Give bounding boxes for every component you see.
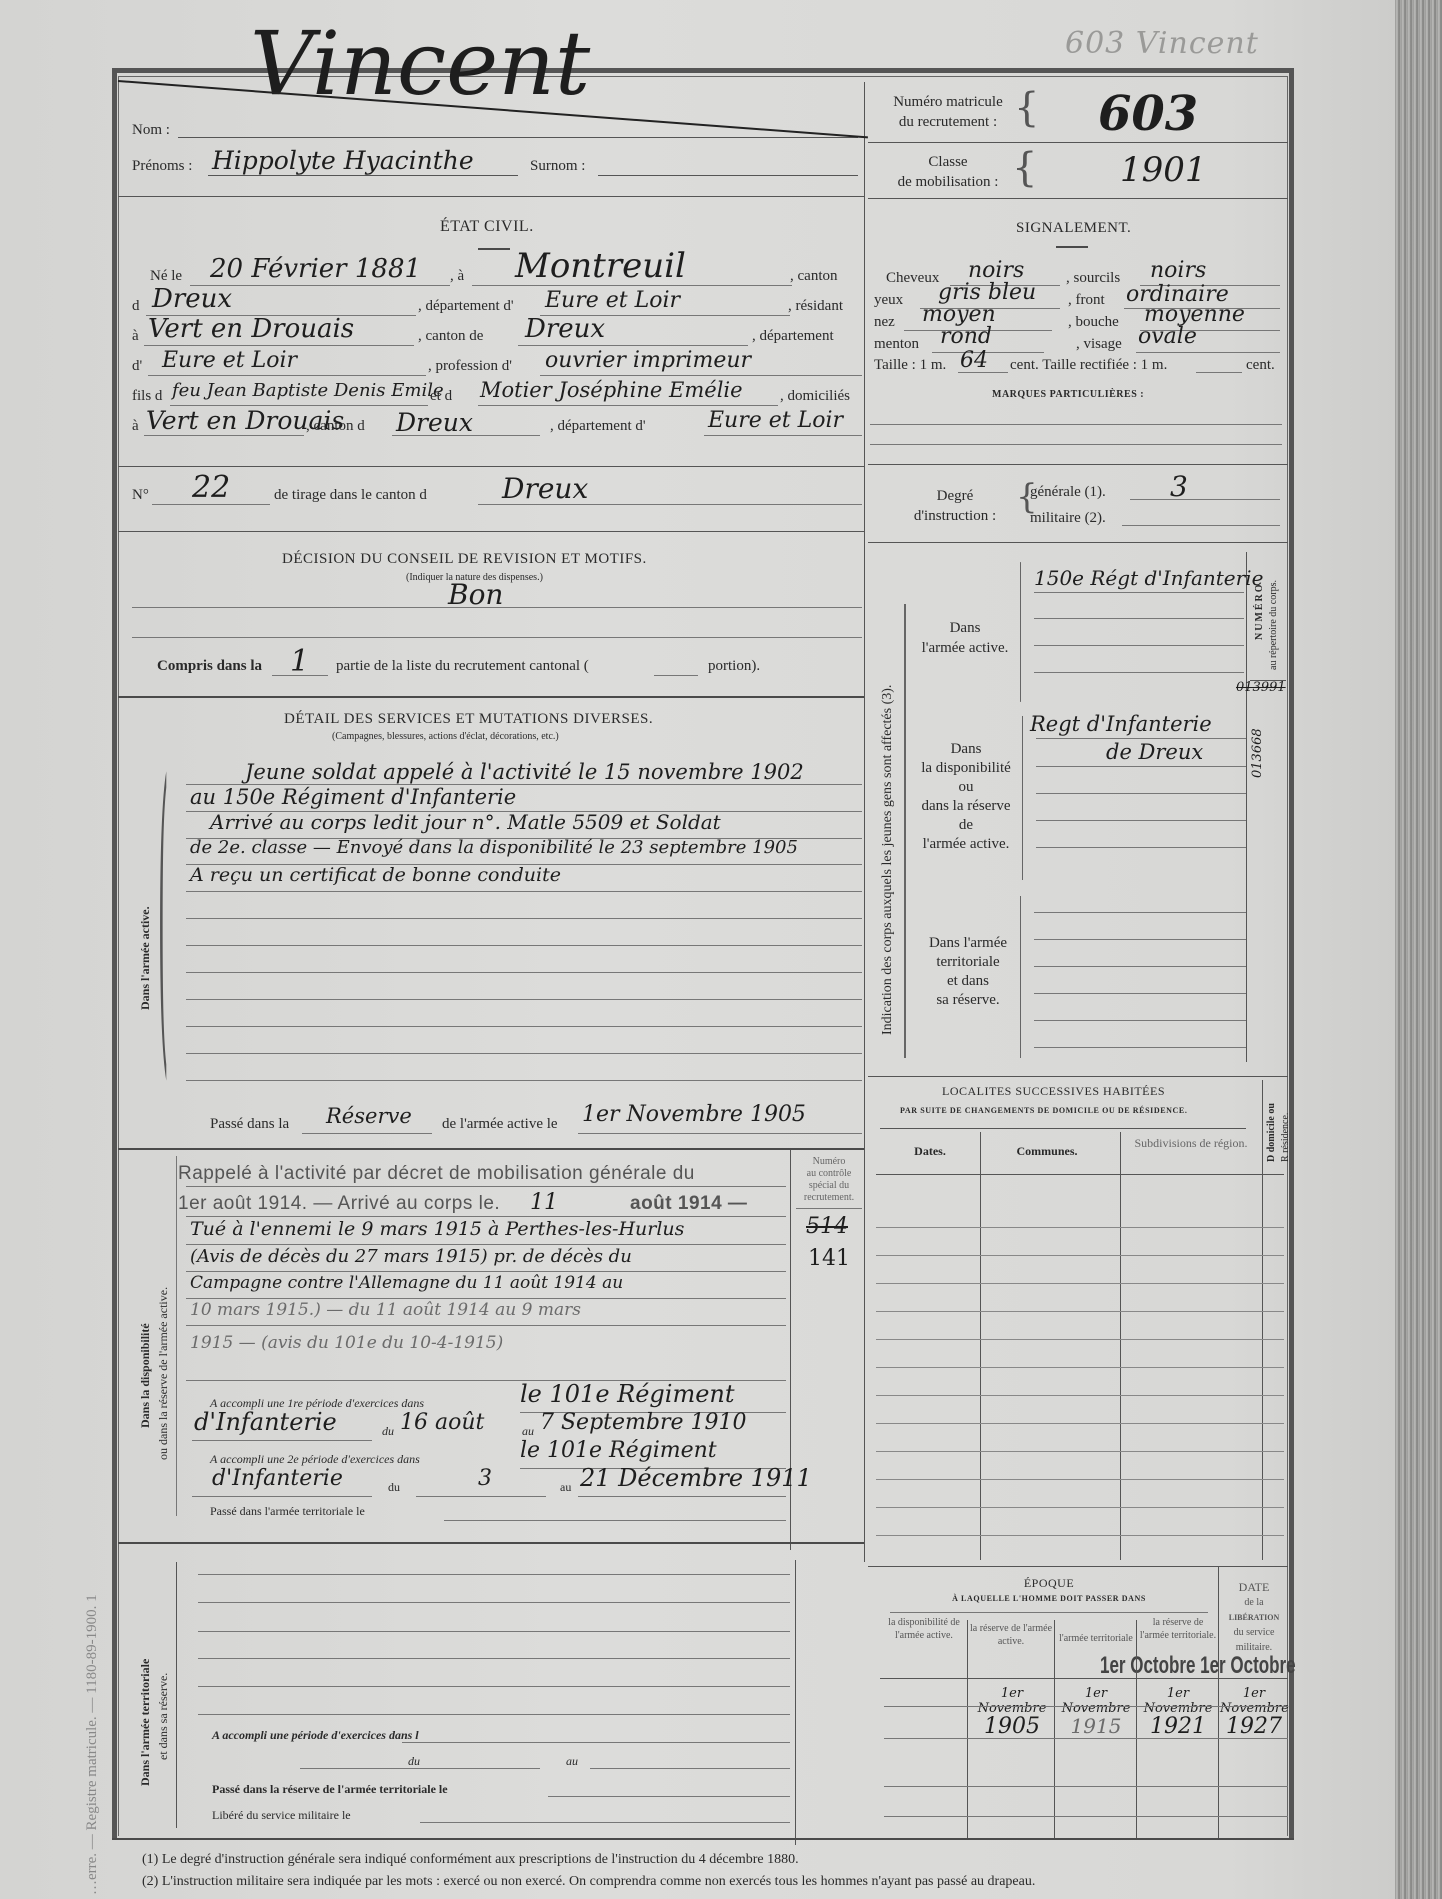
localites-dr-label-1: D domicile ou [1266,1103,1277,1162]
book-page-edges [1395,0,1442,1899]
signalement-title: SIGNALEMENT. [1016,220,1131,237]
corps-dispo-value-2: de Dreux [1106,740,1203,764]
de-label: d [132,298,140,315]
compris-value: 1 [290,644,309,679]
corps-terr-label-2: territoriale [910,953,1026,972]
localites-col-subdivisions: Subdivisions de région. [1126,1136,1256,1150]
territoriale-side-rule [176,1562,177,1828]
epoque-col-divider-1 [967,1620,968,1838]
territoriale-passe-rule [444,1520,786,1521]
epoque-col-territoriale: l'armée territoriale [1056,1632,1136,1645]
disponibilite-side-rule [176,1156,177,1516]
corps-active-value: 150e Régt d'Infanterie [1034,566,1263,590]
classe-line [868,198,1288,199]
residant-departement-line [148,375,426,376]
corps-numero-divider [1246,552,1247,1062]
passe-text: de l'armée active le [442,1116,558,1133]
canton-de-label: , canton de [418,328,483,345]
epoque-col-header-rule [880,1678,1288,1679]
corps-dispo-label-6: l'armée active. [906,835,1026,854]
generale-label: générale (1). [1030,484,1106,501]
passe-label: Passé dans la [210,1116,289,1133]
marques-line-1 [870,424,1282,425]
residant-departement-value: Eure et Loir [162,348,297,373]
taille-rectifiee-line [1196,372,1242,373]
corps-active-label: Dans l'armée active. [910,618,1020,658]
epoque-header-rule [890,1612,1208,1613]
classe-label-line2: de mobilisation : [878,172,1018,192]
corps-active-rule-4 [1034,672,1244,673]
corps-active-rule-3 [1034,645,1244,646]
corps-active-rule-2 [1034,618,1244,619]
service-line-2: au 150e Régiment d'Infanterie [190,785,516,809]
decision-line-2 [132,637,862,638]
corps-terr-brace [1020,896,1021,1058]
territoriale-rule-5 [198,1686,790,1687]
epoque-subtitle: À LAQUELLE L'HOMME DOIT PASSER DANS [880,1594,1218,1603]
corps-terr-label-4: sa réserve. [910,991,1026,1010]
service-line-3: Arrivé au corps ledit jour n°. Matle 550… [210,810,721,834]
matricule-line [868,142,1288,143]
services-bottom-line [118,1148,864,1150]
compris-text: partie de la liste du recrutement canton… [336,658,589,675]
classe-brace: { [1012,148,1037,188]
epoque-year-reserve-active: 1905 [970,1714,1054,1739]
lower-column-divider [795,1560,796,1845]
nez-label: nez [874,314,895,331]
deces-line-5: 1915 — (avis du 101e du 10-4-1915) [190,1333,503,1353]
corps-territoriale-label: Dans l'armée territoriale et dans sa rés… [910,934,1026,1010]
epoque-year-territoriale: 1915 [1056,1714,1136,1738]
mere-line [478,405,778,406]
corps-numero-label-2: au répertoire du corps. [1268,580,1279,670]
corps-dispo-rule-5 [1036,847,1246,848]
periode2-au-rule [578,1496,786,1497]
etat-civil-title: ÉTAT CIVIL. [440,218,534,236]
domicile-departement-label: , département d' [550,418,646,435]
a-label: , à [450,268,464,285]
corps-numero-label-1: NUMÉRO [1254,582,1265,640]
services-brace: ( [158,755,168,1093]
pere-value: feu Jean Baptiste Denis Emile [172,380,444,401]
rappel-typed-line-2b: août 1914 — [630,1193,747,1215]
periode2-rule2 [192,1496,372,1497]
marques-line-2 [870,444,1282,445]
periode1-au-value: 7 Septembre 1910 [540,1410,747,1435]
epoque-col-divider-2 [1054,1620,1055,1838]
periode1-value: le 101e Régiment [520,1380,735,1408]
corps-dispo-brace [1022,716,1023,880]
territoriale-rule-1 [198,1574,790,1575]
residant-a-label: à [132,328,139,345]
yeux-label: yeux [874,292,903,309]
tirage-no-value: 22 [192,470,230,505]
generale-value: 3 [1170,470,1188,503]
corps-dispo-rule-1 [1036,738,1246,739]
signalement-rule [1056,246,1088,248]
periode2-label: A accompli une 2e période d'exercices da… [210,1452,420,1467]
epoque-empty-rule-2 [884,1816,1288,1817]
matricule-label-line1: Numéro matricule [878,92,1018,112]
liberation-header-3: LIBÉRATION [1220,1610,1288,1625]
corps-terr-rule-1 [1034,912,1246,913]
passe-value: Réserve [326,1104,412,1128]
residant-canton-line [518,345,748,346]
epoque-year-reserve-territoriale: 1921 [1138,1714,1218,1739]
epoque-year-rule [884,1738,1288,1739]
profession-value: ouvrier imprimeur [545,348,751,373]
numero-header-line2: au contrôle [792,1168,866,1180]
canton-label: , canton [790,268,837,285]
epoque-month-territoriale: 1er Novembre [1056,1686,1136,1716]
profession-label: , profession d' [428,358,512,375]
services-side-label: Dans l'armée active. [138,906,153,1010]
corps-terr-rule-6 [1034,1047,1246,1048]
classe-label-line1: Classe [878,152,1018,172]
nom-label: Nom : [132,122,170,139]
deces-line-2: (Avis de décès du 27 mars 1915) pr. de d… [190,1246,632,1267]
cheveux-label: Cheveux [886,270,939,287]
periode2-au-label: au [560,1480,571,1495]
matricule-brace: { [1014,88,1039,128]
territoriale-du-label: du [408,1754,420,1769]
corps-dispo-numero: 013668 [1250,728,1265,778]
periode2-du-value: 3 [478,1466,492,1491]
classe-value: 1901 [1120,150,1207,190]
epoque-col-disponibilite: la disponibilité de l'armée active. [880,1616,968,1642]
services-subtitle: (Campagnes, blessures, actions d'éclat, … [332,731,559,742]
corps-dispo-value-1: Regt d'Infanterie [1030,712,1212,736]
localites-empty-rows [876,1200,1284,1550]
domicilies-label: , domiciliés [780,388,850,405]
territoriale-rule-6 [198,1714,790,1715]
localites-col-communes: Communes. [982,1144,1112,1159]
margin-register-note: …erre. — Registre matricule. — 1180-89-1… [84,1594,101,1895]
etat-civil-bottom-line [118,466,864,467]
localites-bottom-line [868,1566,1288,1567]
deces-rule-3 [186,1298,786,1299]
deces-rule-4 [186,1325,786,1326]
numero-header-line1: Numéro [792,1156,866,1168]
domicile-a-label: à [132,418,139,435]
instruction-label-line1: Degré [890,486,1020,506]
territoriale-passe-label: Passé dans l'armée territoriale le [210,1504,365,1519]
ne-le-value: 20 Février 1881 [210,254,421,284]
corps-terr-rule-3 [1034,966,1246,967]
tirage-canton-value: Dreux [502,472,588,505]
footnotes-divider [112,1838,1294,1840]
corps-dispo-label-4: dans la réserve [906,797,1026,816]
marques-label: MARQUES PARTICULIÈRES : [992,389,1144,400]
localites-col-header-rule [876,1174,1284,1175]
service-rule-7 [186,945,862,946]
epoque-month-reserve-active: 1er Novembre [970,1686,1054,1716]
localites-header-rule [880,1128,1246,1129]
front-label: , front [1068,292,1105,309]
territoriale-du-rule [300,1768,540,1769]
corps-dispo-label-2: la disponibilité [906,759,1026,778]
corps-side-label: Indication des corps auxquels les jeunes… [880,685,896,1035]
liberation-header: DATE de la LIBÉRATION du service militai… [1220,1580,1288,1655]
taille-label: Taille : 1 m. [874,357,946,374]
matricule-label-line2: du recrutement : [878,112,1018,132]
passe-date-value: 1er Novembre 1905 [582,1102,806,1127]
menton-value: rond [940,324,992,349]
territoriale-reserve-rule [548,1796,790,1797]
periode1-value2: d'Infanterie [194,1408,337,1436]
localites-subtitle: PAR SUITE DE CHANGEMENTS DE DOMICILE OU … [900,1106,1187,1115]
corps-disponibilite-label: Dans la disponibilité ou dans la réserve… [906,740,1026,854]
passe-line [302,1133,432,1134]
portion-label: portion). [708,658,760,675]
localites-col-dates: Dates. [880,1144,980,1159]
service-line-5: A reçu un certificat de bonne conduite [190,864,561,886]
services-title: DÉTAIL DES SERVICES ET MUTATIONS DIVERSE… [284,711,653,728]
territoriale-periode-rule [402,1742,790,1743]
menton-line [932,352,1044,353]
deces-line-3: Campagne contre l'Allemagne du 11 août 1… [190,1273,623,1293]
periode1-du-label: du [382,1424,394,1439]
service-rule-8 [186,972,862,973]
domicile-departement-value: Eure et Loir [708,408,843,433]
epoque-title: ÉPOQUE [880,1576,1218,1591]
a-value: Montreuil [515,246,686,286]
corps-terr-label-3: et dans [910,972,1026,991]
departement-value: Eure et Loir [545,288,680,313]
instruction-bottom-line [868,542,1288,543]
numero-header-line3: spécial du [792,1180,866,1192]
portion-line [654,675,698,676]
territoriale-libere-rule [420,1822,790,1823]
disponibilite-side-label-2: ou dans la réserve de l'armée active. [156,1287,171,1460]
corps-active-rule-1 [1034,592,1244,593]
periode2-value: le 101e Régiment [520,1438,717,1463]
deces-line-1: Tué à l'ennemi le 9 mars 1915 à Perthes-… [190,1218,684,1240]
territoriale-au-label: au [566,1754,578,1769]
service-rule-11 [186,1053,862,1054]
decision-line-1 [132,607,862,608]
corps-terr-rule-2 [1034,939,1246,940]
domicile-line [144,435,304,436]
signalement-bottom-line [868,464,1288,465]
departement-label: , département d' [418,298,514,315]
corps-active-brace [1020,562,1021,702]
deces-rule-1 [186,1244,786,1245]
epoque-col-reserve-active: la réserve de l'armée active. [968,1622,1054,1648]
epoque-liberation-divider [1218,1566,1219,1838]
visage-value: ovale [1138,324,1197,349]
territoriale-libere-label: Libéré du service militaire le [212,1808,351,1823]
epoque-month-reserve-territoriale: 1er Novembre [1138,1686,1218,1716]
footnote-1: (1) Le degré d'instruction générale sera… [142,1852,799,1868]
service-line-4: de 2e. classe — Envoyé dans la disponibi… [190,837,798,858]
mere-value: Motier Joséphine Emélie [480,378,743,402]
periode1-du-value: 16 août [400,1410,484,1435]
territoriale-rule-4 [198,1658,790,1659]
militaire-label: militaire (2). [1030,510,1106,527]
corps-bottom-line [868,1076,1288,1077]
periode1-rule2 [192,1440,372,1441]
instruction-label: Degré d'instruction : [890,486,1020,526]
periode2-value2: d'Infanterie [212,1466,343,1491]
tirage-text-label: de tirage dans le canton d [274,487,427,504]
corps-active-label-line2: l'armée active. [910,638,1020,658]
corps-dispo-label-3: ou [906,778,1026,797]
corps-dispo-label-5: de [906,816,1026,835]
liberation-header-2: de la [1220,1595,1288,1610]
deces-rule-2 [186,1271,786,1272]
prenoms-label: Prénoms : [132,158,192,175]
numero-old: 514 [806,1214,848,1239]
territoriale-side-label-2: et dans sa réserve. [156,1673,171,1760]
d-label: d' [132,358,142,375]
residant-canton-value: Dreux [525,314,605,344]
domicile-canton-value: Dreux [396,408,473,437]
prenoms-value: Hippolyte Hyacinthe [212,146,474,175]
service-rule-12 [186,1080,862,1081]
periode2-du-rule [416,1496,546,1497]
matricule-label: Numéro matricule du recrutement : [878,92,1018,132]
departement2-label: , département [752,328,834,345]
rappel-rule-2 [186,1216,786,1217]
corps-dispo-label-1: Dans [906,740,1026,759]
prenoms-line [208,175,518,176]
service-rule-5 [186,891,862,892]
footnote-2: (2) L'instruction militaire sera indiqué… [142,1874,1035,1890]
epoque-month-rule [884,1706,1288,1707]
sourcils-value: noirs [1150,258,1206,283]
surnom-label: Surnom : [530,158,585,175]
nom-line [178,137,858,138]
classe-label: Classe de mobilisation : [878,152,1018,192]
epoque-col-divider-3 [1136,1620,1137,1838]
tirage-bottom-line [118,531,864,532]
militaire-line [1122,525,1280,526]
menton-label: menton [874,336,919,353]
corner-pencil-note: 603 Vincent [1065,26,1259,61]
passe-date-line [578,1133,862,1134]
corps-terr-rule-4 [1034,993,1246,994]
sourcils-label: , sourcils [1066,270,1120,287]
taille-rectifiee-label: cent. Taille rectifiée : 1 m. [1010,357,1167,374]
numero-header-rule [796,1208,862,1209]
rappel-typed-line-2: 1er août 1914. — Arrivé au corps le. [178,1193,500,1215]
service-rule-6 [186,918,862,919]
cent-label: cent. [1246,357,1275,374]
deces-line-4: 10 mars 1915.) — du 11 août 1914 au 9 ma… [190,1300,581,1320]
residant-value: Vert en Drouais [148,314,354,344]
corps-dispo-rule-4 [1036,820,1246,821]
periode2-du-label: du [388,1480,400,1495]
corps-active-numero: 013991 [1236,680,1286,695]
disponibilite-bottom-line [118,1542,864,1544]
header-bottom-line-left [118,196,864,197]
decision-title: DÉCISION DU CONSEIL DE REVISION ET MOTIF… [282,551,647,568]
generale-line [1130,499,1280,500]
canton-value: Dreux [152,284,232,314]
territoriale-rule-3 [198,1631,790,1632]
service-rule-9 [186,999,862,1000]
territoriale-reserve-label: Passé dans la réserve de l'armée territo… [212,1782,448,1797]
rappel-day-value: 11 [530,1190,558,1215]
epoque-stamp: 1er Octobre 1er Octobre [1100,1652,1296,1680]
instruction-label-line2: d'instruction : [890,506,1020,526]
epoque-empty-rule-1 [884,1786,1288,1787]
corps-terr-label-1: Dans l'armée [910,934,1026,953]
profession-line [540,375,862,376]
fils-label: fils d [132,388,162,405]
etat-civil-rule [478,248,510,250]
periode2-au-value: 21 Décembre 1911 [580,1464,812,1492]
corps-active-label-line1: Dans [910,618,1020,638]
epoque-year-liberation: 1927 [1220,1714,1288,1739]
surnom-line [598,175,858,176]
residant-line [144,345,414,346]
service-rule-10 [186,1026,862,1027]
localites-dr-label-2: R résidence. [1280,1113,1291,1162]
ne-le-label: Né le [150,268,182,285]
liberation-header-4: du service [1220,1625,1288,1640]
et-label: et d [430,388,452,405]
matricule-value: 603 [1098,86,1198,142]
numero-header-line4: recrutement. [792,1192,866,1204]
numero-new: 141 [808,1246,850,1271]
visage-line [1136,352,1280,353]
territoriale-rule-2 [198,1602,790,1603]
corps-dispo-rule-3 [1036,793,1246,794]
visage-label: , visage [1076,336,1122,353]
epoque-month-liberation: 1er Novembre [1220,1686,1288,1716]
territoriale-side-label-1: Dans l'armée territoriale [138,1659,153,1786]
compris-label: Compris dans la [157,658,262,675]
bouche-label: , bouche [1068,314,1119,331]
localites-title: LOCALITES SUCCESSIVES HABITÉES [942,1084,1165,1099]
taille-value: 64 [960,348,988,373]
epoque-col-reserve-territoriale: la réserve de l'armée territoriale. [1138,1616,1218,1642]
domicile-departement-line [704,435,862,436]
service-line-1: Jeune soldat appelé à l'activité le 15 n… [245,760,804,784]
territoriale-periode-label: A accompli une période d'exercices dans … [212,1728,419,1743]
rappel-rule-1 [186,1186,786,1187]
tirage-no-label: N° [132,487,149,504]
liberation-header-1: DATE [1220,1580,1288,1595]
residant-label: , résidant [788,298,843,315]
territoriale-au-rule [590,1768,790,1769]
column-divider [864,82,865,1562]
periode1-au-label: au [522,1424,534,1439]
corps-dispo-rule-2 [1036,766,1246,767]
numero-controle-header: Numéro au contrôle spécial du recrutemen… [792,1156,866,1204]
disponibilite-side-label-1: Dans la disponibilité [138,1323,153,1428]
rappel-typed-line-1: Rappelé à l'activité par décret de mobil… [178,1163,695,1185]
domicile-canton-label: , canton d [306,418,365,435]
corps-terr-rule-5 [1034,1020,1246,1021]
decision-bottom-line [118,696,864,698]
